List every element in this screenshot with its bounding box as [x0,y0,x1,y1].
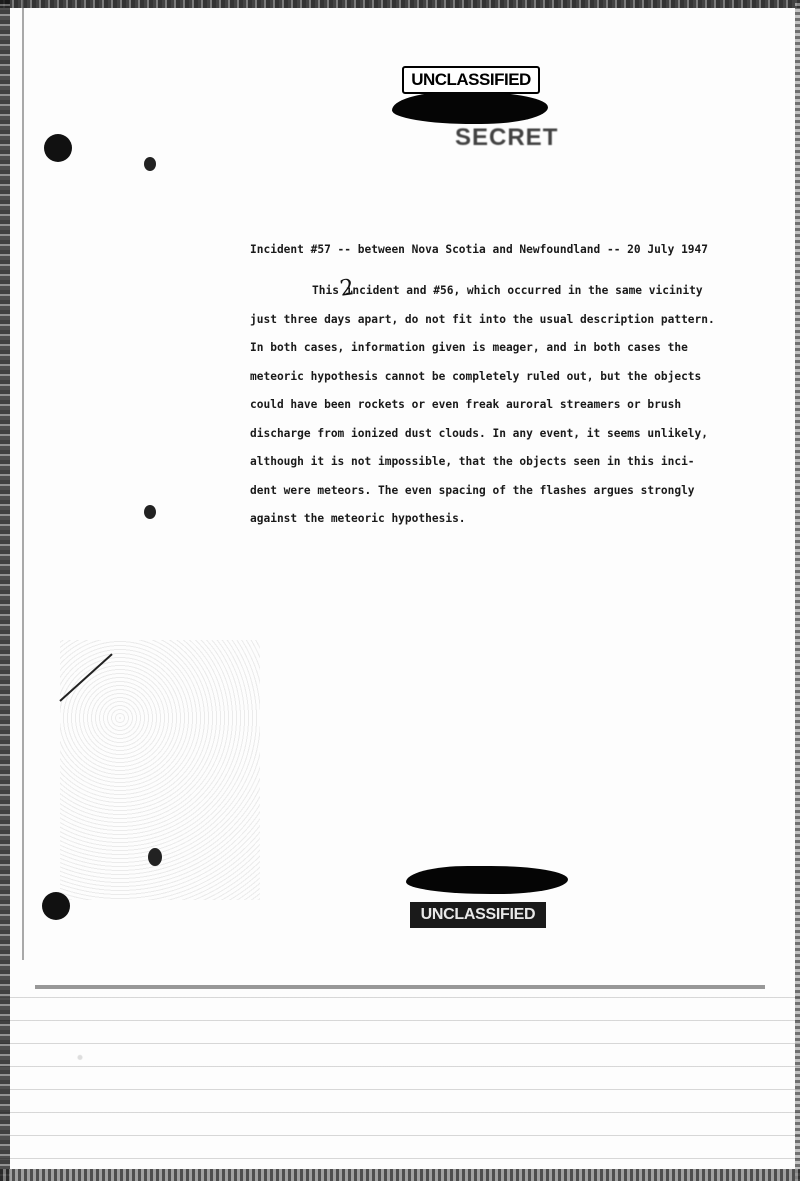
incident-paragraph: This incident and #56, which occurred in… [250,277,770,534]
binder-hole-icon [144,157,156,171]
footer-rule [35,985,765,989]
scan-footer-artifact [0,975,800,1181]
paragraph-line: discharge from ionized dust clouds. In a… [250,420,770,449]
paragraph-line: In both cases, information given is meag… [250,334,770,363]
classification-stamp-top: UNCLASSIFIED [402,66,540,94]
document-page: UNCLASSIFIED SECRET Incident #57 -- betw… [0,0,800,1181]
redaction-bar-top [392,92,548,124]
classification-stamp-bottom: UNCLASSIFIED [410,902,546,928]
binder-hole-icon [148,848,162,866]
scan-edge-top [0,0,800,8]
paragraph-line: dent were meteors. The even spacing of t… [250,477,770,506]
incident-heading: Incident #57 -- between Nova Scotia and … [250,243,770,256]
paragraph-line: against the meteoric hypothesis. [250,505,770,534]
redaction-bar-bottom [406,866,568,894]
punch-hole-icon [44,134,72,162]
margin-line [22,0,24,960]
paragraph-line: although it is not impossible, that the … [250,448,770,477]
paragraph-line: could have been rockets or even freak au… [250,391,770,420]
paragraph-line: just three days apart, do not fit into t… [250,306,770,335]
paragraph-line: meteoric hypothesis cannot be completely… [250,363,770,392]
scan-edge-bottom [0,1169,800,1181]
paragraph-line: This incident and #56, which occurred in… [250,277,770,306]
document-body: Incident #57 -- between Nova Scotia and … [250,243,770,534]
binder-hole-icon [144,505,156,519]
secret-marking: SECRET [455,124,558,152]
punch-hole-icon [42,892,70,920]
